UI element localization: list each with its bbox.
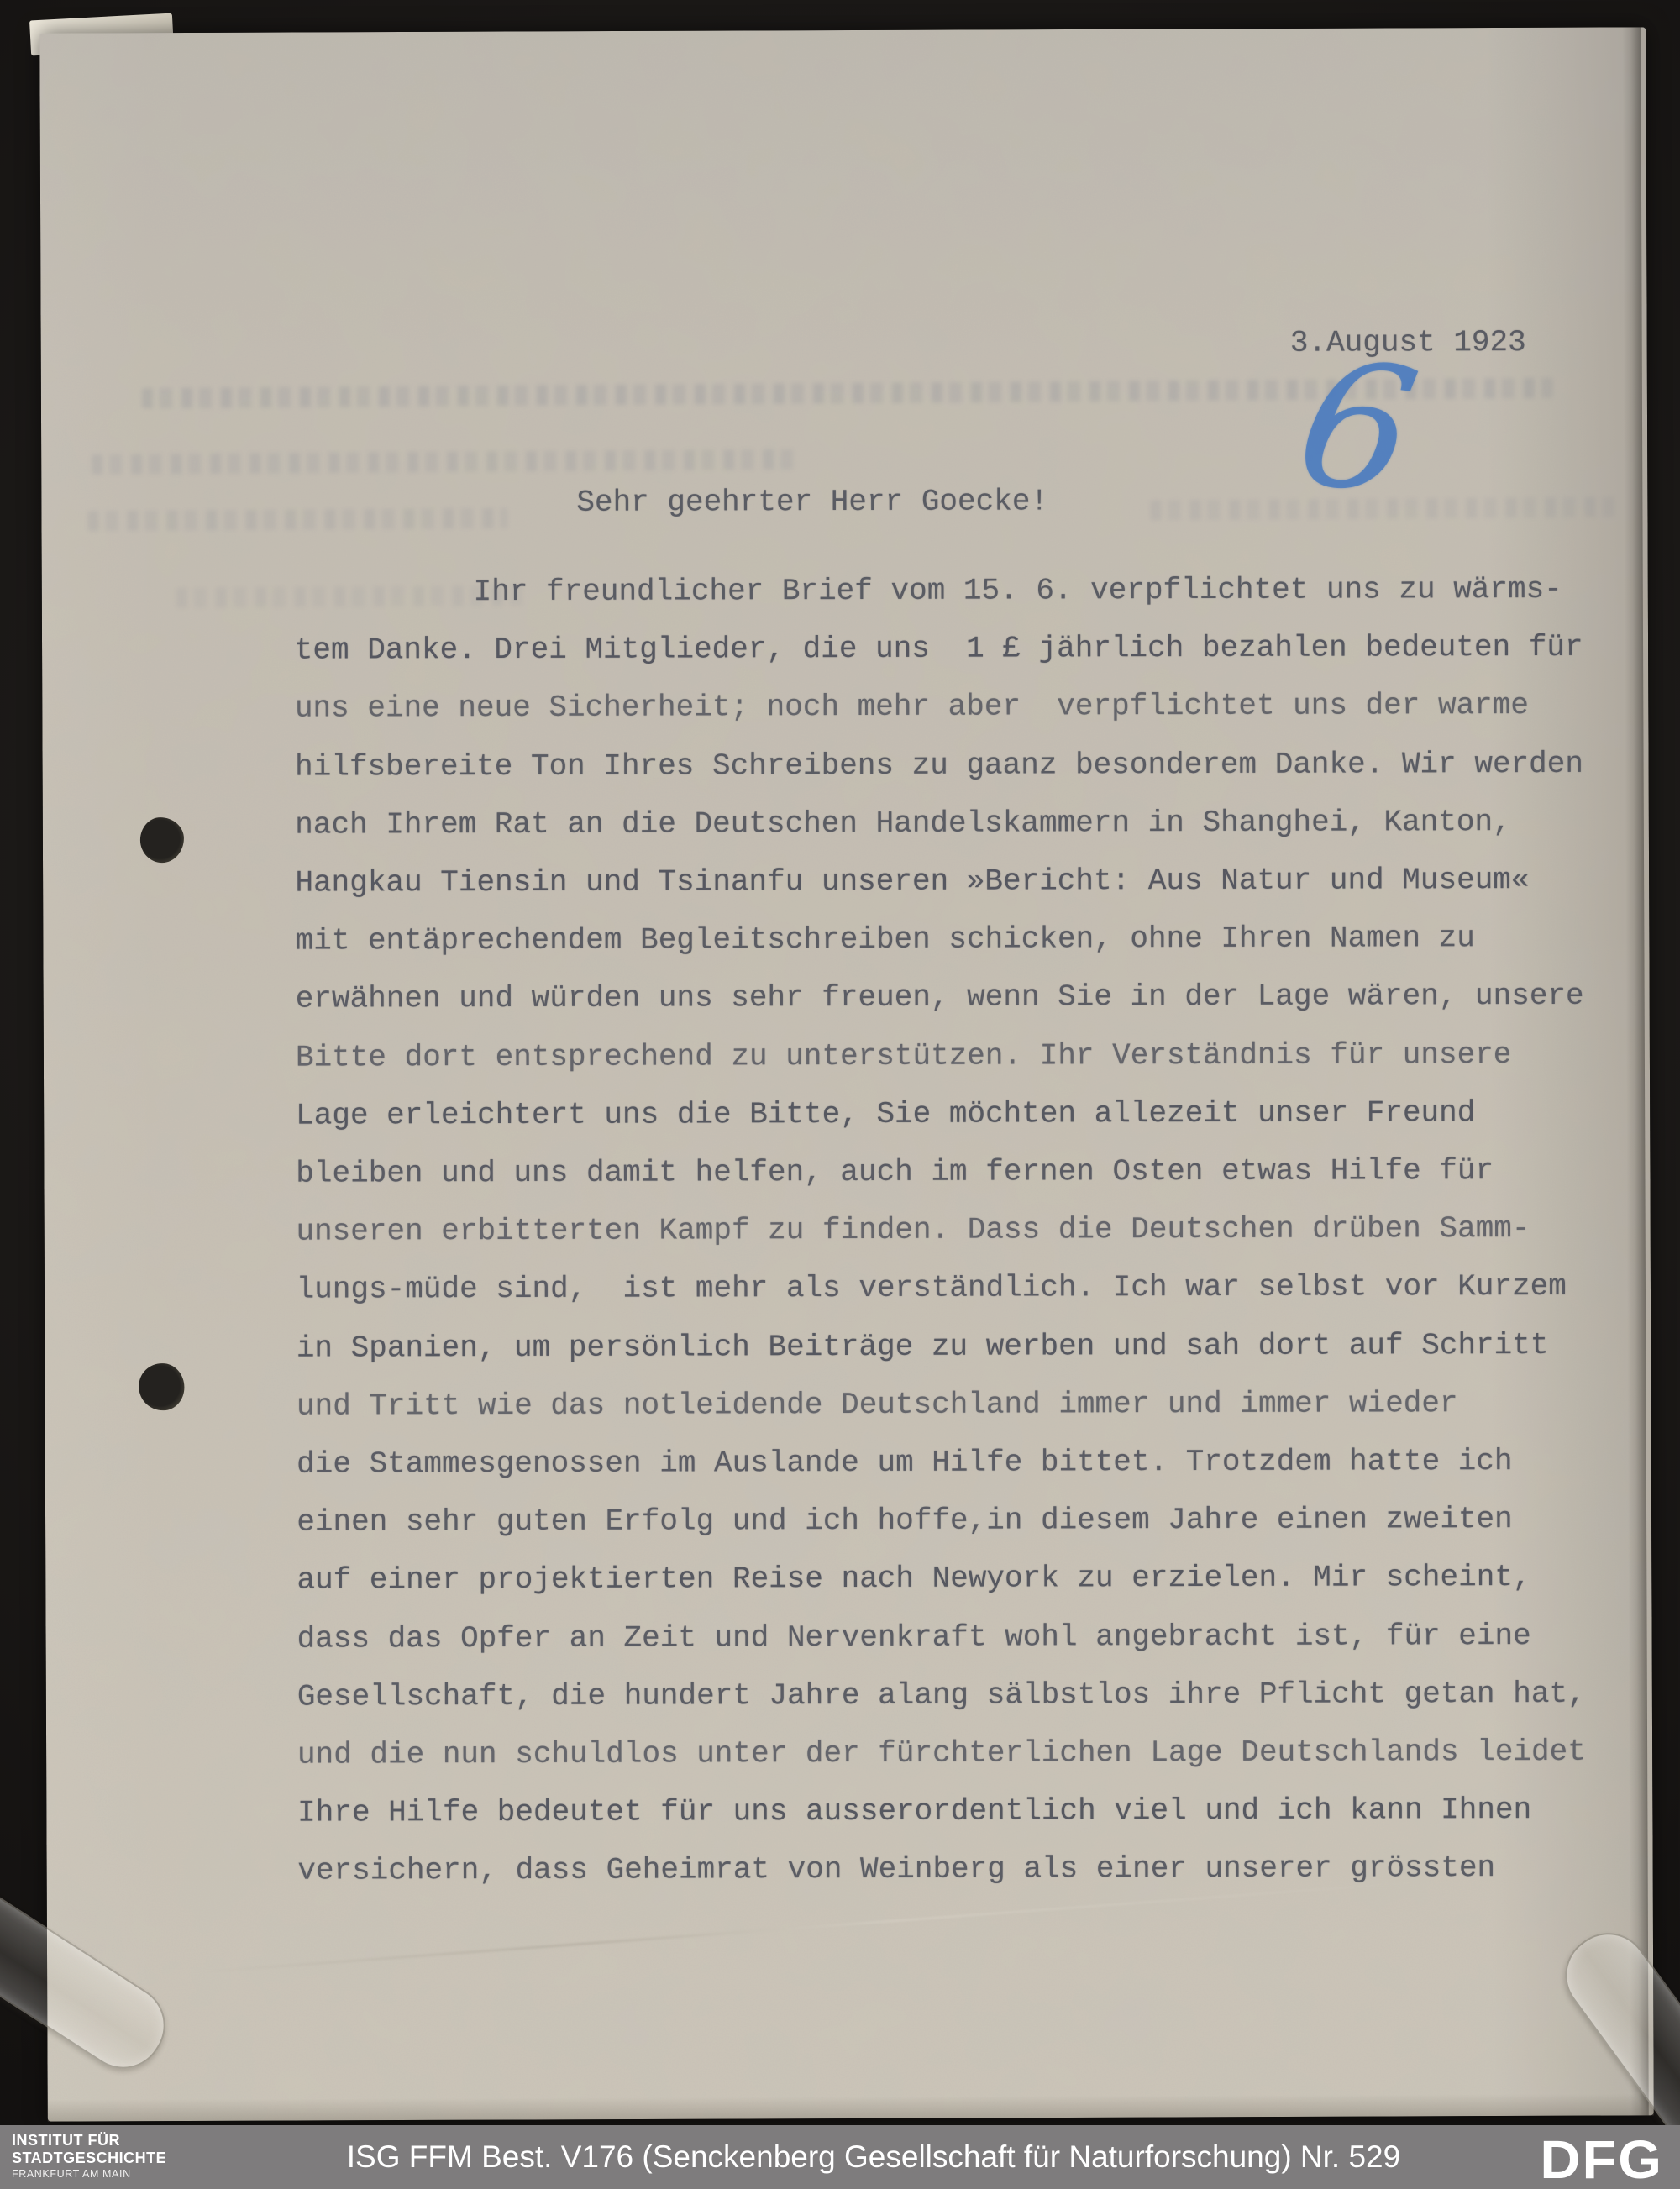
archive-footer-bar: INSTITUT FÜR STADTGESCHICHTE FRANKFURT A… <box>0 2125 1680 2189</box>
letter-line: und die nun schuldlos unter der fürchter… <box>297 1734 1586 1774</box>
handwritten-archive-number: 6 <box>1286 336 1428 519</box>
letter-line: uns eine neue Sicherheit; noch mehr aber… <box>295 687 1529 727</box>
archival-reference: ISG FFM Best. V176 (Senckenberg Gesellsc… <box>347 2139 1400 2175</box>
letter-line: Ihre Hilfe bedeutet für uns ausserordent… <box>297 1792 1531 1832</box>
letter-salutation: Sehr geehrter Herr Goecke! <box>576 483 1048 521</box>
letter-line: unseren erbitterten Kampf zu finden. Das… <box>296 1210 1530 1251</box>
letter-line: hilfsbereite Ton Ihres Schreibens zu gaa… <box>295 745 1583 785</box>
letter-line: versichern, dass Geheimrat von Weinberg … <box>297 1850 1495 1890</box>
letter-scan: 3.August 1923 6 Sehr geehrter Herr Goeck… <box>39 27 1654 2121</box>
letter-line: Ihr freundlicher Brief vom 15. 6. verpfl… <box>474 571 1562 611</box>
letter-line: erwähnen und würden uns sehr freuen, wen… <box>296 978 1584 1018</box>
letter-line: und Tritt wie das notleidende Deutschlan… <box>297 1385 1458 1425</box>
letter-body: 3.August 1923 6 Sehr geehrter Herr Goeck… <box>41 29 1652 2121</box>
letter-line: mit entäprechendem Begleitschreiben schi… <box>296 920 1475 959</box>
letter-line: Bitte dort entsprechend zu unterstützen.… <box>296 1037 1512 1077</box>
letter-line: nach Ihrem Rat an die Deutschen Handelsk… <box>295 804 1511 844</box>
archive-scan-page: 3.August 1923 6 Sehr geehrter Herr Goeck… <box>0 0 1680 2189</box>
institute-logo: INSTITUT FÜR STADTGESCHICHTE FRANKFURT A… <box>12 2133 166 2180</box>
institute-logo-line1: INSTITUT FÜR <box>12 2133 166 2148</box>
letter-line: lungs-müde sind, ist mehr als verständli… <box>297 1268 1567 1309</box>
letter-line: Hangkau Tiensin und Tsinanfu unseren »Be… <box>295 862 1529 902</box>
letter-line: bleiben und uns damit helfen, auch im fe… <box>296 1152 1494 1192</box>
institute-logo-line3: FRANKFURT AM MAIN <box>12 2169 166 2180</box>
letter-line: Gesellschaft, die hundert Jahre alang sä… <box>297 1676 1586 1716</box>
letter-line: die Stammesgenossen im Auslande um Hilfe… <box>297 1443 1513 1483</box>
letter-line: in Spanien, um persönlich Beiträge zu we… <box>297 1327 1549 1367</box>
letter-line: auf einer projektierten Reise nach Newyo… <box>297 1559 1530 1599</box>
institute-logo-line2: STADTGESCHICHTE <box>12 2150 166 2165</box>
letter-line: dass das Opfer an Zeit und Nervenkraft w… <box>297 1618 1531 1658</box>
letter-line: Lage erleichtert uns die Bitte, Sie möch… <box>296 1094 1475 1134</box>
dfg-logo: DFG <box>1540 2129 1663 2189</box>
letter-line: einen sehr guten Erfolg und ich hoffe,in… <box>297 1501 1513 1541</box>
letter-line: tem Danke. Drei Mitglieder, die uns 1 £ … <box>295 629 1583 669</box>
